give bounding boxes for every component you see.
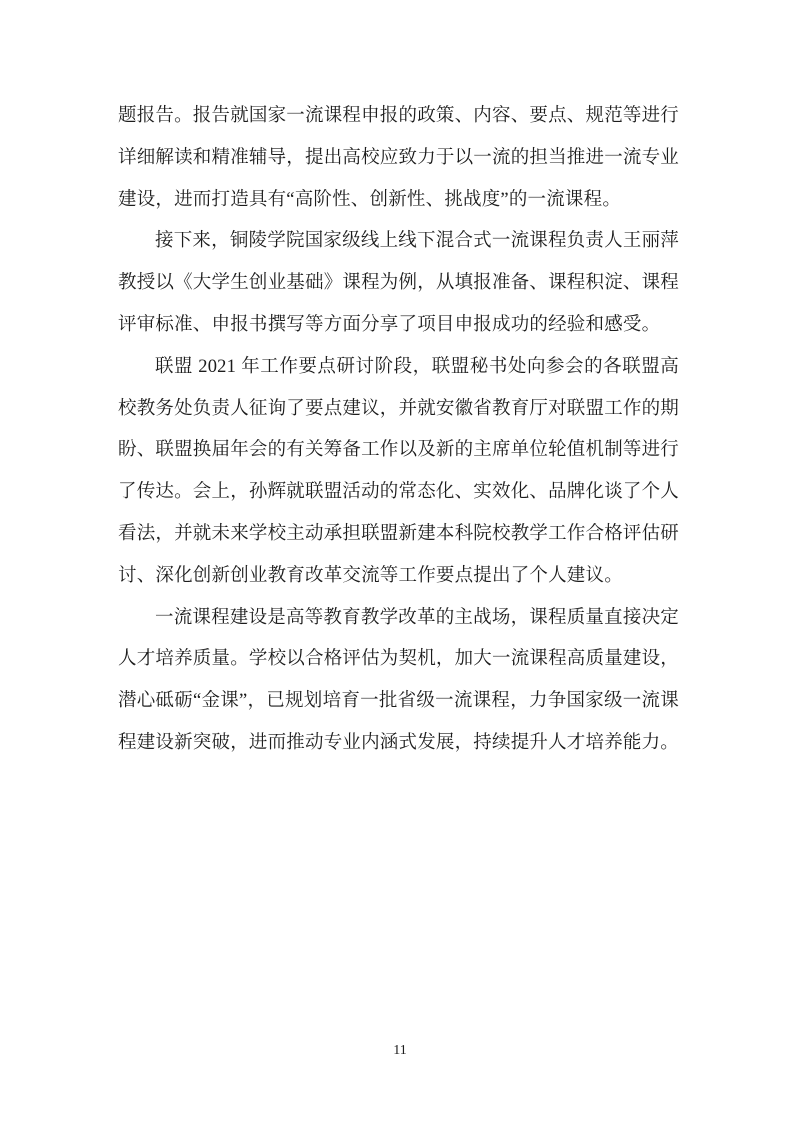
- page-number: 11: [0, 1041, 800, 1061]
- paragraph: 联盟 2021 年工作要点研讨阶段，联盟秘书处向参会的各联盟高校教务处负责人征询…: [118, 347, 679, 598]
- paragraph: 接下来，铜陵学院国家级线上线下混合式一流课程负责人王丽萍教授以《大学生创业基础》…: [118, 221, 679, 346]
- document-body: 题报告。报告就国家一流课程申报的政策、内容、要点、规范等进行详细解读和精准辅导，…: [118, 96, 679, 765]
- paragraph: 题报告。报告就国家一流课程申报的政策、内容、要点、规范等进行详细解读和精准辅导，…: [118, 96, 679, 221]
- paragraph: 一流课程建设是高等教育教学改革的主战场，课程质量直接决定人才培养质量。学校以合格…: [118, 598, 679, 765]
- document-page: 题报告。报告就国家一流课程申报的政策、内容、要点、规范等进行详细解读和精准辅导，…: [0, 0, 800, 1131]
